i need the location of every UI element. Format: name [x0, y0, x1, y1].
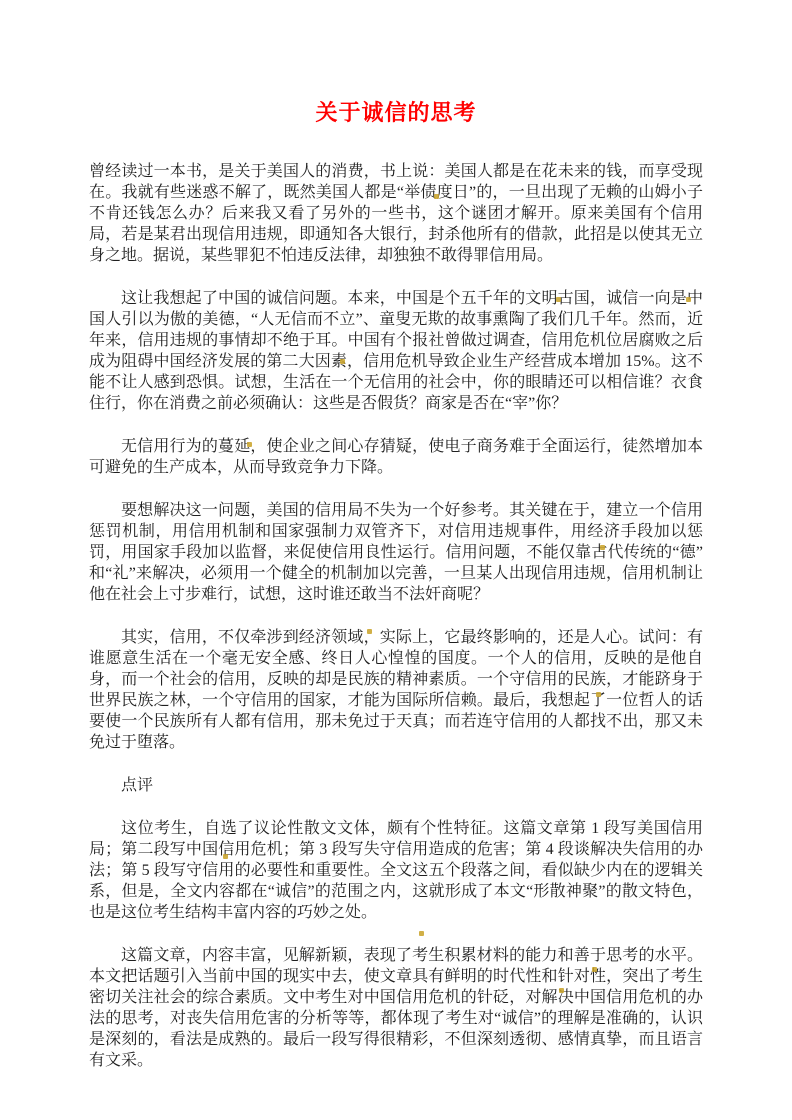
scan-artifact-dot	[247, 442, 252, 447]
scan-artifact-dot	[419, 931, 424, 936]
page-title: 关于诚信的思考	[0, 98, 792, 128]
comment-heading: 点评	[89, 775, 703, 796]
essay-paragraph-3: 无信用行为的蔓延，使企业之间心存猜疑，使电子商务难于全面运行，徒然增加本可避免的…	[89, 436, 703, 478]
scan-artifact-dot	[434, 194, 439, 199]
essay-paragraph-4: 要想解决这一问题，美国的信用局不失为一个好参考。其关键在于，建立一个信用惩罚机制…	[89, 500, 703, 605]
document-page: 关于诚信的思考 曾经读过一本书，是关于美国人的消费，书上说：美国人都是在花未来的…	[0, 0, 792, 1120]
essay-paragraph-2: 这让我想起了中国的诚信问题。本来，中国是个五千年的文明古国，诚信一向是中国人引以…	[89, 288, 703, 414]
essay-paragraph-5: 其实，信用，不仅牵涉到经济领域，实际上，它最终影响的，还是人心。试问：有谁愿意生…	[89, 627, 703, 753]
scan-artifact-dot	[223, 854, 228, 859]
scan-artifact-dot	[367, 629, 372, 634]
scan-artifact-dot	[686, 297, 691, 302]
document-body: 曾经读过一本书，是关于美国人的消费，书上说：美国人都是在花未来的钱，而享受现在。…	[89, 161, 703, 1071]
scan-artifact-dot	[340, 359, 345, 364]
comment-paragraph-2: 这篇文章，内容丰富，见解新颖，表现了考生积累材料的能力和善于思考的水平。本文把话…	[89, 945, 703, 1071]
scan-artifact-dot	[600, 545, 605, 550]
scan-artifact-dot	[559, 988, 564, 993]
comment-paragraph-1: 这位考生，自选了议论性散文文体，颇有个性特征。这篇文章第 1 段写美国信用局；第…	[89, 818, 703, 923]
essay-paragraph-1: 曾经读过一本书，是关于美国人的消费，书上说：美国人都是在花未来的钱，而享受现在。…	[89, 161, 703, 266]
scan-artifact-dot	[592, 967, 597, 972]
scan-artifact-dot	[596, 692, 601, 697]
scan-artifact-dot	[556, 297, 561, 302]
